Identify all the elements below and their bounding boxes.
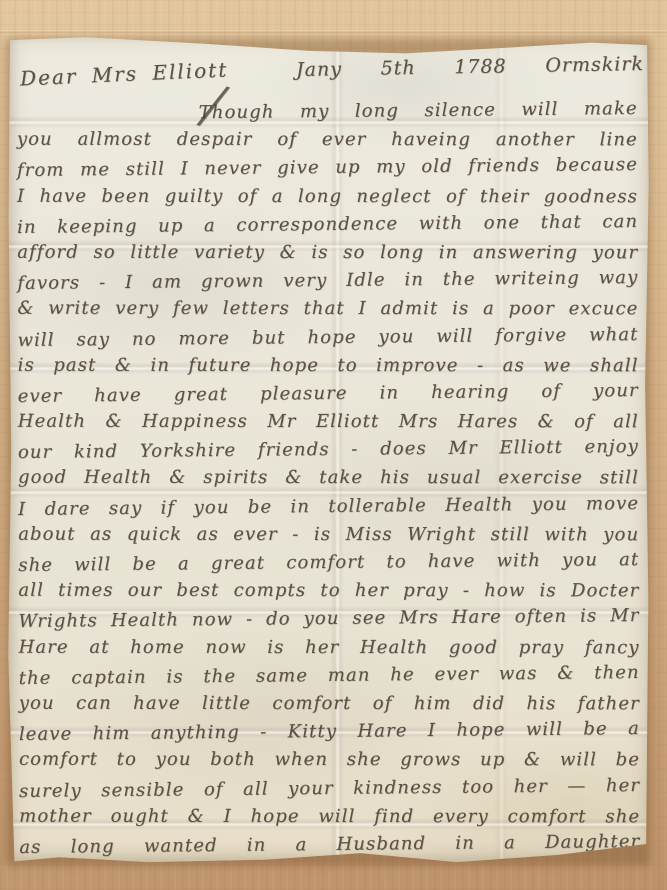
letter-line: surely sensible of all your kindness too… xyxy=(19,772,640,806)
letter-line: mother ought & I hope will find every co… xyxy=(19,802,640,831)
letter-line: will say no more but hope you will forgi… xyxy=(17,321,638,355)
letter-line: you can have little comfort of him did h… xyxy=(19,690,640,719)
photo-of-handwritten-letter: Dear Mrs Elliott / Jany 5th 1788 Ormskir… xyxy=(0,0,667,890)
dateline: Jany 5th 1788 Ormskirk xyxy=(296,53,644,81)
letter-line: I have been guilty of a long neglect of … xyxy=(17,182,638,211)
letter-line: favors - I am grown very Idle in the wri… xyxy=(17,264,638,298)
letter-line: Hare at home now is her Health good pray… xyxy=(19,633,640,662)
letter-line: she will be a great comfort to have with… xyxy=(18,546,639,580)
letter-line: from me still I never give up my old fri… xyxy=(17,151,638,185)
letter-line: all times our best compts to her pray - … xyxy=(18,577,639,606)
desk-board-shadow xyxy=(0,30,667,33)
letter-line: is past & in future hope to improve - as… xyxy=(18,351,639,380)
letter-line: you allmost despair of ever haveing anot… xyxy=(17,126,638,155)
letter-line: good Health & spirits & take his usual e… xyxy=(18,464,639,493)
letter-line: Wrights Health now - do you see Mrs Hare… xyxy=(18,602,639,636)
salutation: Dear Mrs Elliott xyxy=(20,57,229,90)
letter-line: about as quick as ever - is Miss Wright … xyxy=(18,521,639,550)
letter-line: the captain is the same man he ever was … xyxy=(19,659,640,693)
letter-line: ever have great pleasure in hearing of y… xyxy=(18,377,639,411)
letter-line: our kind Yorkshire friends - does Mr Ell… xyxy=(18,433,639,467)
letter-page: Dear Mrs Elliott / Jany 5th 1788 Ormskir… xyxy=(8,36,649,863)
letter-line: Though my long silence will make xyxy=(17,95,638,129)
letter-line: afford so little variety & is so long in… xyxy=(17,239,638,268)
letter-line: Health & Happiness Mr Elliott Mrs Hares … xyxy=(18,408,639,437)
letter-line: I dare say if you be in tollerable Healt… xyxy=(18,490,639,524)
letter-body: Though my long silence will make you all… xyxy=(17,97,641,860)
letter-line: in keeping up a correspondence with one … xyxy=(17,208,638,242)
letter-line: leave him anything - Kitty Hare I hope w… xyxy=(19,715,640,749)
letter-line: comfort to you both when she grows up & … xyxy=(19,746,640,775)
letter-line: & write very few letters that I admit is… xyxy=(17,295,638,324)
